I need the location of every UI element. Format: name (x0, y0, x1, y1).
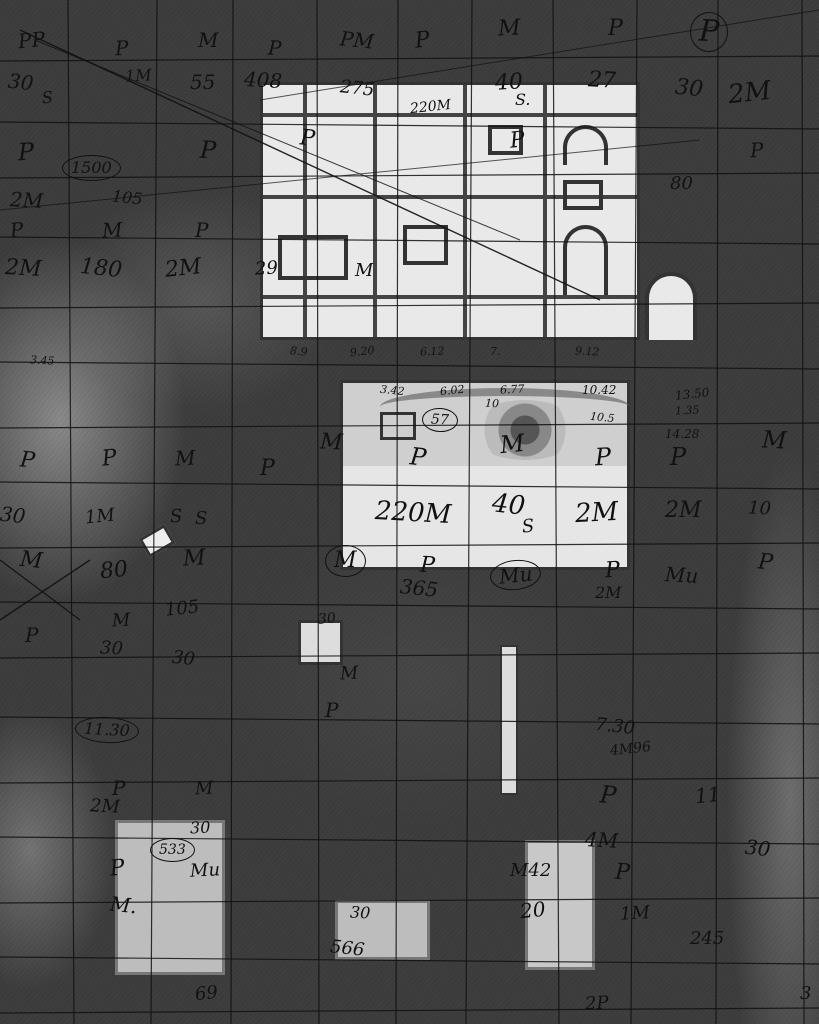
handwritten-note: 29 (255, 259, 279, 278)
handwritten-note: M (195, 780, 214, 799)
handwritten-note: P (749, 140, 763, 161)
handwritten-note: P (599, 782, 618, 808)
handwritten-note: 3 (800, 985, 811, 1003)
handwritten-note: 2P (585, 994, 609, 1013)
handwritten-note: Mu (190, 861, 221, 881)
handwritten-note: 6.12 (420, 345, 445, 357)
handwritten-note: 30 (317, 611, 336, 627)
handwritten-note: 10.42 (582, 384, 616, 396)
handwritten-note: P (260, 458, 275, 480)
handwritten-note: PM (339, 28, 375, 51)
handwritten-note: 2M (595, 585, 622, 601)
handwritten-note: 533 (150, 838, 195, 862)
handwritten-note: 1500 (62, 155, 121, 181)
handwritten-note: 2M (727, 78, 773, 108)
handwritten-note: 9.12 (575, 345, 600, 357)
handwritten-note: 9.20 (349, 345, 375, 359)
handwritten-note: 10 (748, 499, 772, 518)
handwritten-note: 30 (0, 504, 26, 527)
handwritten-note: P (112, 778, 125, 798)
handwritten-note: P (195, 220, 208, 240)
handwritten-note: P (419, 555, 435, 578)
handwritten-note: 80 (670, 175, 693, 193)
handwritten-note: 10 (485, 398, 500, 410)
handwritten-note: P (614, 862, 630, 885)
handwritten-note: 30 (171, 649, 196, 669)
handwritten-note: 2M (574, 499, 618, 527)
handwritten-note: 27 (587, 69, 616, 92)
handwritten-note: 1M (620, 904, 651, 924)
handwritten-note: 408 (244, 69, 283, 91)
handwritten-note: 10.5 (589, 411, 615, 425)
handwritten-note: 220M (374, 498, 452, 528)
handwritten-note: 20 (519, 899, 546, 922)
handwritten-note: 245 (690, 930, 724, 948)
handwritten-note: P (325, 700, 338, 720)
handwritten-note: M (182, 547, 206, 570)
handwritten-note: M (19, 549, 44, 573)
handwritten-note: P (594, 445, 611, 470)
handwritten-note: M (112, 612, 131, 631)
artwork-canvas: PPPMPPMPMPP30S1M55408275220M40S.27302MP1… (0, 0, 819, 1024)
handwritten-note: P (509, 129, 526, 152)
handwritten-note: 8.9 (289, 345, 308, 358)
handwritten-note: 30 (7, 71, 34, 94)
handwritten-note: 3.42 (379, 384, 405, 398)
handwritten-note: P (414, 29, 431, 52)
handwritten-note: P (19, 449, 36, 472)
handwritten-note: PP (17, 29, 46, 52)
handwritten-note: P (101, 447, 118, 470)
handwritten-note: M. (109, 894, 138, 917)
handwritten-note: 566 (329, 938, 365, 959)
handwritten-note: P (9, 219, 24, 240)
handwritten-note: 14.28 (665, 428, 699, 440)
handwritten-note: 1M (125, 67, 152, 84)
handwritten-note: S (521, 517, 535, 536)
handwritten-note: M (761, 427, 787, 452)
handwritten-note: M (497, 17, 521, 40)
handwritten-note: 30 (190, 819, 211, 836)
handwritten-note: P (17, 140, 34, 165)
handwritten-note: Mu (664, 564, 698, 586)
handwritten-note: M (319, 431, 343, 454)
handwritten-note: 7.30 (594, 716, 636, 738)
handwritten-note: P (757, 551, 774, 574)
handwritten-note: 6.77 (500, 383, 525, 395)
handwritten-note: P (267, 38, 281, 59)
handwritten-note: S (195, 510, 207, 528)
handwritten-note: 4M (584, 829, 618, 851)
handwritten-note: 40 (491, 490, 527, 519)
handwritten-note: 2M (4, 257, 42, 281)
handwritten-note: 105 (164, 598, 200, 619)
handwritten-note: 105 (111, 188, 143, 207)
handwritten-note: 6.02 (439, 384, 465, 398)
handwritten-note: 2M (9, 189, 43, 211)
handwritten-note: P (670, 445, 686, 469)
handwritten-note: M (355, 262, 373, 280)
handwritten-note: 1M (84, 506, 116, 527)
handwritten-note: S (170, 508, 183, 527)
handwritten-note: 3.45 (30, 354, 55, 366)
handwritten-note: 2M (665, 500, 702, 522)
handwritten-note: 180 (79, 256, 123, 282)
handwritten-note: 55 (190, 72, 215, 92)
handwritten-note: M (198, 30, 218, 50)
handwritten-note: M (499, 431, 526, 457)
handwritten-note: 30 (744, 837, 771, 860)
handwritten-note: 69 (194, 984, 219, 1004)
handwritten-note: 30 (674, 77, 704, 102)
handwritten-note: P (409, 444, 428, 470)
handwritten-note: 7. (490, 346, 501, 357)
handwritten-note: 1.35 (675, 404, 700, 416)
handwritten-note: P (604, 560, 620, 583)
handwritten-note: 4M96 (609, 740, 651, 758)
handwritten-note: P (25, 625, 38, 645)
handwritten-note: M (174, 447, 196, 468)
handwritten-note: 365 (399, 576, 439, 600)
handwritten-note: P (608, 18, 623, 40)
handwritten-note: 2M (90, 797, 121, 817)
handwritten-note: P (299, 127, 316, 150)
handwritten-note: 80 (99, 559, 129, 584)
handwritten-note: 30 (350, 904, 371, 921)
handwritten-note: 11 (694, 784, 721, 807)
handwritten-note: S. (515, 92, 530, 108)
handwritten-note: 275 (339, 78, 375, 99)
handwritten-note: M (101, 219, 123, 240)
handwritten-note: 13.50 (674, 386, 709, 402)
handwritten-note: P (114, 38, 128, 59)
handwritten-note: M42 (510, 862, 551, 880)
handwritten-note: P (199, 138, 216, 163)
handwritten-note: M (340, 665, 359, 684)
handwritten-note: 30 (100, 639, 124, 658)
handwritten-note: P (109, 857, 126, 880)
handwritten-note: 2M (164, 256, 203, 282)
handwritten-note: S (41, 89, 54, 106)
handwritten-note: 220M (409, 98, 451, 116)
handwritten-note: M (325, 545, 366, 577)
